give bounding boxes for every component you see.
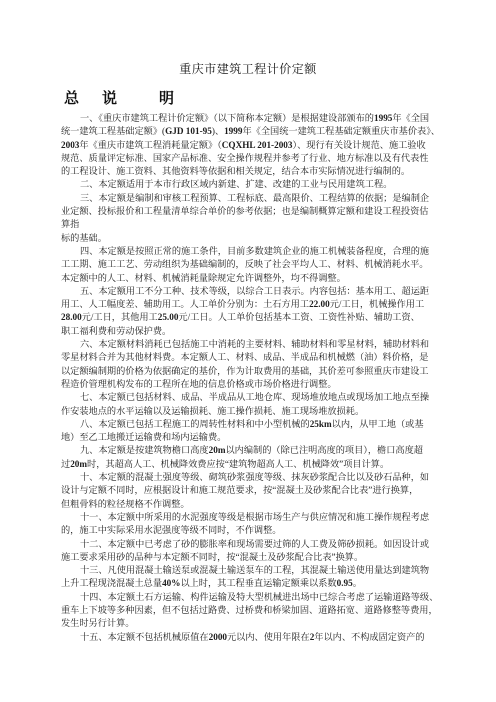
- numeric-text: GJD 101-95: [165, 126, 212, 136]
- text-line: 十二、本定额中已考虑了砂的膨胀率和现场需要过筛的人工费及筛砂损耗。如因设计或: [61, 538, 435, 551]
- numeric-text: 25.00: [158, 312, 179, 322]
- text-line: 算指: [61, 218, 435, 231]
- text-line: 十四、本定额土石方运输、构件运输及特大型机械进出场中已综合考虑了运输道路等级、: [61, 591, 435, 604]
- text-line: 的工程设计、施工资料、其他资料等依据和相关规定，结合本市实际情况进行编制的。: [61, 165, 435, 178]
- text-line: 28.00元/工日，其他用工25.00元/工日。人工单价包括基本工资、工资性补贴…: [61, 311, 435, 324]
- text-line: 程造价管理机构发布的工程所在地的信息价格或市场价格进行调整。: [61, 378, 435, 391]
- text-line: 2003年《重庆市建筑工程消耗量定额》（CQXHL 201-2003）、现行有关…: [61, 139, 435, 152]
- text-line: 十三、凡使用混凝土输送泵或混凝土输送泵车的工程，其混凝土输送使用量达到建筑物: [61, 564, 435, 577]
- text-line: 五、本定额用工不分工种、技术等级，以综合工日表示。内容包括：基本用工、超运距: [61, 285, 435, 298]
- numeric-text: 1995: [374, 113, 392, 123]
- text-line: 十一、本定额中所采用的水泥强度等级是根据市场生产与供应情况和施工操作规程考虑: [61, 511, 435, 524]
- text-line: 以定额编制期的价格为依据确定的基价，作为计取费用的基础，其价差可参照重庆市建设工: [61, 365, 435, 378]
- text-line: 三、本定额是编制和审核工程预算、工程标底、最高限价、工程结算的依据；是编制企: [61, 192, 435, 205]
- numeric-text: 22.00: [309, 299, 330, 309]
- text-line: 施工要求采用砂的品种与本定额不同时，按“混凝土及砂浆配合比表”换算。: [61, 551, 435, 564]
- text-line: 二、本定额适用于本市行政区域内新建、扩建、改建的工业与民用建筑工程。: [61, 178, 435, 191]
- text-line: 八、本定额已包括工程施工的周转性材料和中小型机械的25km以内，从甲工地（或基: [61, 418, 435, 431]
- page-title: 重庆市建筑工程计价定额: [0, 62, 496, 76]
- text-line: 规范、质量评定标准、国家产品标准、安全操作规程并参考了行业、地方标准以及有代表性: [61, 152, 435, 165]
- document-page: 重庆市建筑工程计价定额 总 说 明 一、《重庆市建筑工程计价定额》（以下简称本定…: [0, 0, 496, 702]
- text-line: 零星材料合并为其他材料费。本定额人工、材料、成品、半成品和机械燃（油）料价格，是: [61, 351, 435, 364]
- text-line: 设计与定额不同时，应根据设计和施工规范要求，按“混凝土及砂浆配合比表”进行换算，: [61, 484, 435, 497]
- text-line: 的，施工中实际采用水泥强度等级不同时，不作调整。: [61, 524, 435, 537]
- text-line: 一、《重庆市建筑工程计价定额》（以下简称本定额）是根据建设部颁布的1995年《全…: [61, 112, 435, 125]
- text-line: 过20m时，其超高人工、机械降效费应按“建筑物超高人工、机械降效”项目计算。: [61, 458, 435, 471]
- text-line: 上升工程现浇混凝土总量40%以上时，其工程垂直运输定额乘以系数0.95。: [61, 577, 435, 590]
- text-line: 七、本定额已包括材料、成品、半成品从工地仓库、现场堆放地点或现场加工地点至操: [61, 391, 435, 404]
- text-line: 但粗骨料的粒径规格不作调整。: [61, 498, 435, 511]
- text-line: 四、本定额是按照正常的施工条件，目前多数建筑企业的施工机械装备程度，合理的施: [61, 245, 435, 258]
- text-line: 十、本定额的混凝土强度等级、砌筑砂浆强度等级、抹灰砂浆配合比以及砂石品种，如: [61, 471, 435, 484]
- text-line: 发生时另行计算。: [61, 617, 435, 630]
- numeric-text: 2: [310, 632, 315, 642]
- numeric-text: 28.00: [61, 312, 82, 322]
- text-line: 业定额、投标报价和工程量清单综合单价的参考依据；也是编制概算定额和建设工程投资估: [61, 205, 435, 218]
- numeric-text: CQXHL 201-2003: [222, 140, 293, 150]
- text-line: 标的基础。: [61, 232, 435, 245]
- body-text: 一、《重庆市建筑工程计价定额》（以下简称本定额）是根据建设部颁布的1995年《全…: [61, 112, 435, 644]
- text-line: 作安装地点的水平运输以及运输损耗、施工操作损耗、施工现场堆放损耗。: [61, 405, 435, 418]
- text-line: 工工期、施工工艺、劳动组织为基础编制的，反映了社会平均人工、材料、机械消耗水平。: [61, 258, 435, 271]
- text-line: 本定额中的人工、材料、机械消耗量除规定允许调整外，均不得调整。: [61, 272, 435, 285]
- numeric-text: 40%: [162, 578, 180, 588]
- numeric-text: 0.95: [337, 578, 353, 588]
- text-line: 用工、人工幅度差、辅助用工。人工单价分别为：土石方用工22.00元/工日，机械操…: [61, 298, 435, 311]
- text-line: 六、本定额材料消耗已包括施工中消耗的主要材料、辅助材料和零星材料，辅助材料和: [61, 338, 435, 351]
- numeric-text: 20m: [209, 445, 226, 455]
- numeric-text: 2000: [209, 632, 227, 642]
- numeric-text: 1999: [224, 126, 242, 136]
- numeric-text: 20m: [70, 459, 87, 469]
- numeric-text: 2003: [61, 140, 79, 150]
- text-line: 统一建筑工程基础定额》(GJD 101-95)、1999年《全国统一建筑工程基础…: [61, 125, 435, 138]
- section-heading: 总 说 明: [64, 91, 178, 108]
- text-line: 九、本定额是按建筑物檐口高度20m以内编制的（除已注明高度的项目），檐口高度超: [61, 444, 435, 457]
- text-line: 十五、本定额不包括机械原值在2000元以内、使用年限在2年以内、不构成固定资产的: [61, 631, 435, 644]
- text-line: 地）至乙工地搬迁运输费和场内运输费。: [61, 431, 435, 444]
- text-line: 职工福利费和劳动保护费。: [61, 325, 435, 338]
- numeric-text: 25km: [310, 419, 332, 429]
- text-line: 重车上下坡等多种因素，但不包括过路费、过桥费和桥梁加固、道路拓宽、道路修整等费用…: [61, 604, 435, 617]
